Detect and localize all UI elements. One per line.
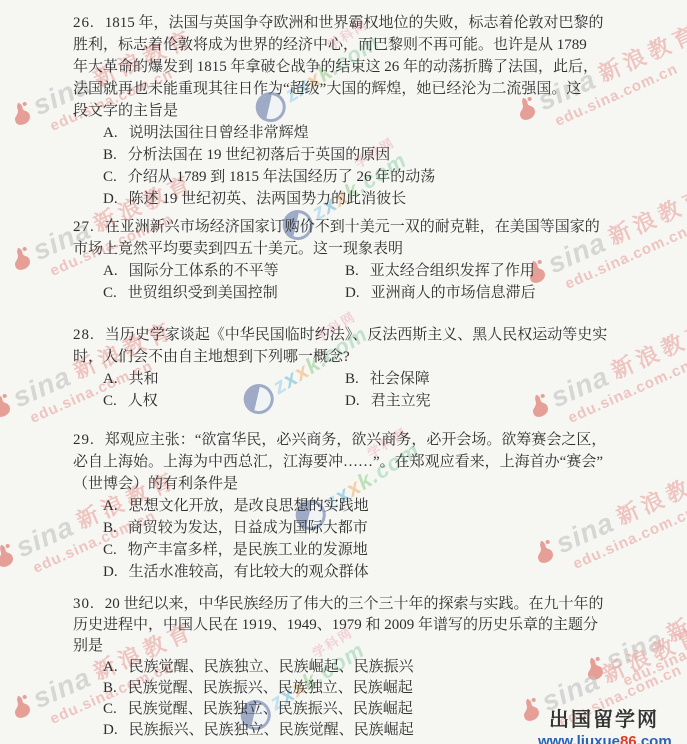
option-row: B.商贸较为发达，日益成为国际大都市 [73, 517, 648, 539]
sina-brand-text: sina [12, 513, 77, 561]
sina-flame-icon [0, 539, 20, 572]
option-label: C. [103, 169, 117, 185]
option-C: C.介绍从 1789 到 1815 年法国经历了 26 年的动荡 [103, 169, 435, 185]
option-row: C.人权D.君主立宪 [73, 390, 648, 412]
option-row: A.思想文化开放，是改良思想的实践地 [73, 495, 648, 517]
option-text: 社会保障 [370, 371, 430, 387]
option-B: B.亚太经合组织发挥了作用 [345, 263, 535, 279]
option-text: 民族觉醒、民族独立、民族振兴、民族崛起 [128, 701, 413, 717]
option-row: C.世贸组织受到美国控制D.亚洲商人的市场信息滞后 [73, 282, 648, 304]
stem-text: 郑观应主张：“欲富华民，必兴商务，欲兴商务，必开会场。欲筹赛会之区， [105, 432, 607, 448]
question-stem-line: 年大革命的爆发到 1815 年拿破仑战争的结束这 26 年的动荡折腾了法国，此后… [73, 56, 648, 78]
scanned-exam-page: sina新浪教育edu.sina.com.cnsina新浪教育edu.sina.… [0, 0, 687, 744]
sina-brand-text: sina [9, 363, 74, 411]
option-label: B. [345, 371, 359, 387]
option-text: 介绍从 1789 到 1815 年法国经历了 26 年的动荡 [128, 169, 436, 185]
stem-text: 市场上竟然平均要卖到四五十美元。这一现象表明 [73, 241, 403, 257]
option-text: 陈述 19 世纪初英、法两国势力的此消彼长 [129, 191, 407, 207]
option-D: D.君主立宪 [345, 393, 431, 409]
option-text: 民族觉醒、民族独立、民族崛起、民族振兴 [129, 659, 414, 675]
option-C: C.物产丰富多样，是民族工业的发源地 [103, 542, 368, 558]
question-number: 27. [73, 219, 95, 235]
stem-text: 别是 [73, 638, 103, 654]
question-stem-line: 市场上竟然平均要卖到四五十美元。这一现象表明 [73, 238, 648, 260]
option-label: A. [103, 263, 118, 279]
question-number: 28. [73, 327, 95, 343]
option-row: A.说明法国往日曾经非常辉煌 [73, 122, 648, 144]
question-stem-line: 30.20 世纪以来，中华民族经历了伟大的三个三十年的探索与实践。在九十年的 [73, 594, 648, 615]
option-label: B. [103, 680, 117, 696]
option-label: D. [103, 722, 118, 738]
option-label: C. [103, 285, 117, 301]
option-row: C.介绍从 1789 到 1815 年法国经历了 26 年的动荡 [73, 166, 648, 188]
option-B: B.分析法国在 19 世纪初落后于英国的原因 [103, 147, 390, 163]
option-B: B.商贸较为发达，日益成为国际大都市 [103, 520, 368, 536]
question-stem-line: 必自上海始。上海为中西总汇，江海要冲……”。在郑观应看来，上海首办“赛会” [73, 451, 648, 473]
question-stem-line: 28.当历史学家谈起《中华民国临时约法》、反法西斯主义、黑人民权运动等史实 [73, 324, 648, 346]
option-text: 国际分工体系的不平等 [129, 263, 279, 279]
stem-text: 年大革命的爆发到 1815 年拿破仑战争的结束这 26 年的动荡折腾了法国，此后… [73, 59, 598, 75]
option-row: B.民族觉醒、民族振兴、民族独立、民族崛起 [73, 678, 648, 699]
option-label: B. [345, 263, 359, 279]
option-A: A.思想文化开放，是改良思想的实践地 [103, 498, 369, 514]
option-text: 亚太经合组织发挥了作用 [370, 263, 535, 279]
option-label: D. [345, 285, 360, 301]
option-row: A.共和B.社会保障 [73, 368, 648, 390]
option-label: C. [103, 701, 117, 717]
question-number: 29. [73, 432, 95, 448]
option-A: A.共和 [103, 368, 345, 390]
question-stem-line: 26.1815 年，法国与英国争夺欧洲和世界霸权地位的失败，标志着伦敦对巴黎的 [73, 12, 648, 34]
question-stem-line: 历史进程中，中国人民在 1919、1949、1979 和 2009 年谱写的历史… [73, 615, 648, 636]
stem-text: 20 世纪以来，中华民族经历了伟大的三个三十年的探索与实践。在九十年的 [105, 596, 604, 612]
option-label: C. [103, 393, 117, 409]
option-A: A.国际分工体系的不平等 [103, 260, 345, 282]
option-D: D.民族振兴、民族独立、民族觉醒、民族崛起 [103, 722, 414, 738]
sina-flame-icon [6, 97, 37, 130]
option-row: D.生活水准较高，有比较大的观众群体 [73, 561, 648, 583]
option-label: C. [103, 542, 117, 558]
question-27: 27.在亚洲新兴市场经济国家订购价不到十美元一双的耐克鞋，在美国等国家的市场上竟… [73, 216, 648, 304]
option-B: B.民族觉醒、民族振兴、民族独立、民族崛起 [103, 680, 413, 696]
option-label: D. [103, 191, 118, 207]
option-row: A.民族觉醒、民族独立、民族崛起、民族振兴 [73, 657, 648, 678]
option-row: D.民族振兴、民族独立、民族觉醒、民族崛起 [73, 720, 648, 741]
option-D: D.亚洲商人的市场信息滞后 [345, 285, 536, 301]
sina-flame-icon [0, 389, 17, 422]
option-text: 人权 [128, 393, 158, 409]
option-row: C.民族觉醒、民族独立、民族振兴、民族崛起 [73, 699, 648, 720]
sina-flame-icon [6, 242, 37, 275]
option-row: B.分析法国在 19 世纪初落后于英国的原因 [73, 144, 648, 166]
option-text: 世贸组织受到美国控制 [128, 285, 278, 301]
option-label: D. [345, 393, 360, 409]
question-26: 26.1815 年，法国与英国争夺欧洲和世界霸权地位的失败，标志着伦敦对巴黎的胜… [73, 12, 648, 210]
stem-text: 历史进程中，中国人民在 1919、1949、1979 和 2009 年谱写的历史… [73, 617, 598, 633]
stem-text: 1815 年，法国与英国争夺欧洲和世界霸权地位的失败，标志着伦敦对巴黎的 [105, 15, 604, 31]
option-label: B. [103, 147, 117, 163]
question-28: 28.当历史学家谈起《中华民国临时约法》、反法西斯主义、黑人民权运动等史实时，人… [73, 324, 648, 412]
option-text: 生活水准较高，有比较大的观众群体 [129, 564, 369, 580]
option-row: D.陈述 19 世纪初英、法两国势力的此消彼长 [73, 188, 648, 210]
sina-flame-icon [6, 690, 37, 723]
question-30: 30.20 世纪以来，中华民族经历了伟大的三个三十年的探索与实践。在九十年的历史… [73, 594, 648, 741]
stem-text: 法国就再也未能重现其往日作为“超级”大国的辉煌，她已经沦为二流强国。这 [73, 81, 581, 97]
question-stem-line: 法国就再也未能重现其往日作为“超级”大国的辉煌，她已经沦为二流强国。这 [73, 78, 648, 100]
option-A: A.民族觉醒、民族独立、民族崛起、民族振兴 [103, 659, 414, 675]
option-text: 物产丰富多样，是民族工业的发源地 [128, 542, 368, 558]
stem-text: 胜利，标志着伦敦将成为世界的经济中心，而巴黎则不再可能。也许是从 1789 [73, 37, 587, 53]
option-text: 思想文化开放，是改良思想的实践地 [129, 498, 369, 514]
stem-text: 必自上海始。上海为中西总汇，江海要冲……”。在郑观应看来，上海首办“赛会” [73, 454, 603, 470]
option-label: A. [103, 659, 118, 675]
question-stem-line: 胜利，标志着伦敦将成为世界的经济中心，而巴黎则不再可能。也许是从 1789 [73, 34, 648, 56]
stem-text: 当历史学家谈起《中华民国临时约法》、反法西斯主义、黑人民权运动等史实 [105, 327, 608, 343]
option-row: C.物产丰富多样，是民族工业的发源地 [73, 539, 648, 561]
option-B: B.社会保障 [345, 371, 430, 387]
question-stem-line: 27.在亚洲新兴市场经济国家订购价不到十美元一双的耐克鞋，在美国等国家的 [73, 216, 648, 238]
option-text: 共和 [129, 371, 159, 387]
option-text: 民族振兴、民族独立、民族觉醒、民族崛起 [129, 722, 414, 738]
question-stem-line: 段文字的主旨是 [73, 100, 648, 122]
option-text: 民族觉醒、民族振兴、民族独立、民族崛起 [128, 680, 413, 696]
option-D: D.陈述 19 世纪初英、法两国势力的此消彼长 [103, 191, 406, 207]
option-text: 说明法国往日曾经非常辉煌 [129, 125, 309, 141]
option-text: 君主立宪 [371, 393, 431, 409]
question-stem-line: （世博会）的有利条件是 [73, 473, 648, 495]
option-label: B. [103, 520, 117, 536]
question-number: 26. [73, 15, 95, 31]
stem-text: 段文字的主旨是 [73, 103, 178, 119]
question-stem-line: 时，人们会不由自主地想到下列哪一概念? [73, 346, 648, 368]
option-text: 亚洲商人的市场信息滞后 [371, 285, 536, 301]
question-29: 29.郑观应主张：“欲富华民，必兴商务，欲兴商务，必开会场。欲筹赛会之区，必自上… [73, 429, 648, 583]
sina-brand-cn: 新浪教育 [663, 580, 687, 648]
option-label: A. [103, 498, 118, 514]
question-stem-line: 29.郑观应主张：“欲富华民，必兴商务，欲兴商务，必开会场。欲筹赛会之区， [73, 429, 648, 451]
stem-text: 时，人们会不由自主地想到下列哪一概念? [73, 349, 350, 365]
stem-text: 在亚洲新兴市场经济国家订购价不到十美元一双的耐克鞋，在美国等国家的 [105, 219, 600, 235]
option-text: 商贸较为发达，日益成为国际大都市 [128, 520, 368, 536]
option-row: A.国际分工体系的不平等B.亚太经合组织发挥了作用 [73, 260, 648, 282]
question-stem-line: 别是 [73, 636, 648, 657]
option-C: C.人权 [103, 390, 345, 412]
option-C: C.世贸组织受到美国控制 [103, 282, 345, 304]
option-label: A. [103, 371, 118, 387]
option-D: D.生活水准较高，有比较大的观众群体 [103, 564, 369, 580]
option-label: D. [103, 564, 118, 580]
option-label: A. [103, 125, 118, 141]
option-text: 分析法国在 19 世纪初落后于英国的原因 [128, 147, 391, 163]
option-C: C.民族觉醒、民族独立、民族振兴、民族崛起 [103, 701, 413, 717]
option-A: A.说明法国往日曾经非常辉煌 [103, 125, 309, 141]
stem-text: （世博会）的有利条件是 [73, 476, 238, 492]
question-number: 30. [73, 596, 95, 612]
